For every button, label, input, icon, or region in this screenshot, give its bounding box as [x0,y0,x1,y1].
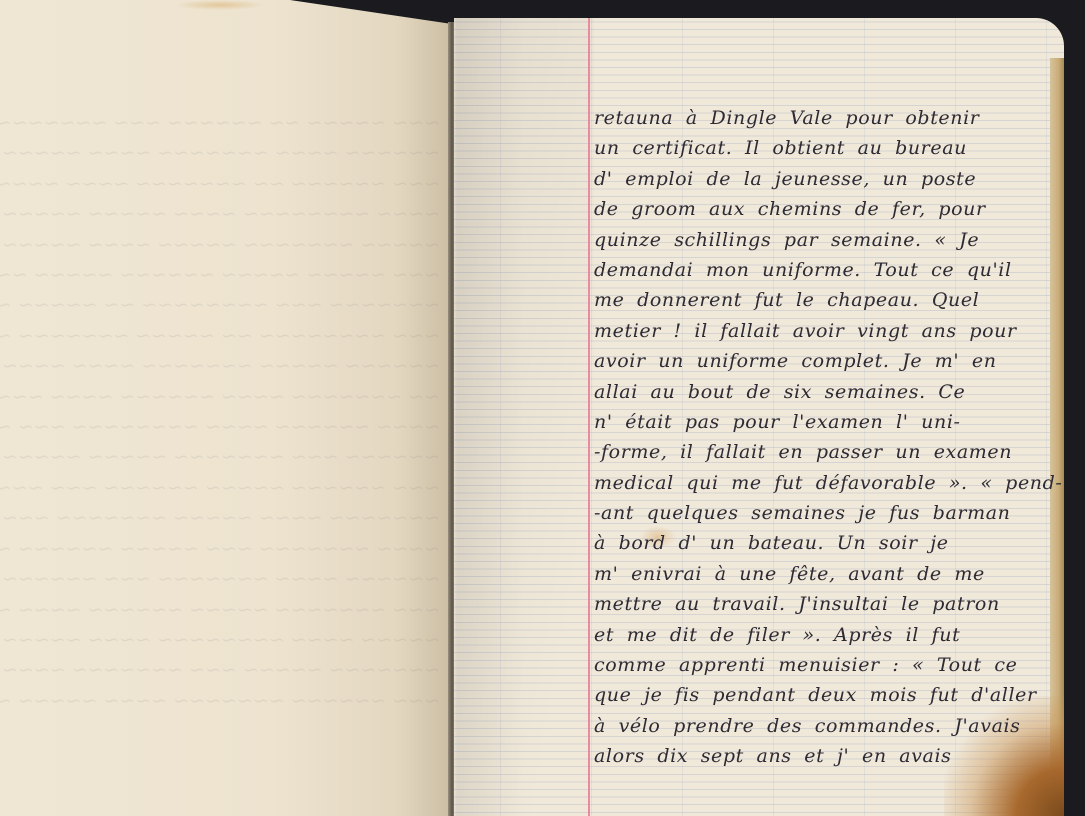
text-line: d' emploi de la jeunesse, un poste [594,164,1054,194]
right-page: retauna à Dingle Vale pour obtenir un ce… [454,18,1064,816]
text-line: me donnerent fut le chapeau. Quel [594,285,1054,315]
text-line: demandai mon uniforme. Tout ce qu'il [594,255,1054,285]
text-line: m' enivrai à une fête, avant de me [594,559,1054,589]
notebook-spread: ~~~ ~~~~~ ~~ ~~~~~~ ~~~ ~~~~~~~ ~~~~ ~~~… [0,0,1085,816]
text-line: et me dit de filer ». Après il fut [594,620,1054,650]
handwritten-text: retauna à Dingle Vale pour obtenir un ce… [594,103,1054,772]
page-curve-shadow [454,18,594,816]
text-line: metier ! il fallait avoir vingt ans pour [594,316,1054,346]
text-line: à vélo prendre des commandes. J'avais [594,711,1054,741]
text-line: quinze schillings par semaine. « Je [594,225,1054,255]
text-line: medical qui me fut défavorable ». « pend… [594,468,1054,498]
text-line: comme apprenti menuisier : « Tout ce [594,650,1054,680]
left-page: ~~~ ~~~~~ ~~ ~~~~~~ ~~~ ~~~~~~~ ~~~~ ~~~… [0,0,452,816]
margin-line [588,18,590,816]
text-line: de groom aux chemins de fer, pour [594,194,1054,224]
bleed-through-text: ~~~ ~~~~~ ~~ ~~~~~~ ~~~ ~~~~~~~ ~~~~ ~~~… [0,108,440,716]
paper-stain [175,0,265,10]
text-line: n' était pas pour l'examen l' uni- [594,407,1054,437]
text-line: -ant quelques semaines je fus barman [594,498,1054,528]
text-line: mettre au travail. J'insultai le patron [594,589,1054,619]
text-line: avoir un uniforme complet. Je m' en [594,346,1054,376]
text-line: allai au bout de six semaines. Ce [594,377,1054,407]
text-line: retauna à Dingle Vale pour obtenir [594,103,1054,133]
text-line: -forme, il fallait en passer un examen [594,437,1054,467]
text-line: un certificat. Il obtient au bureau [594,133,1054,163]
text-line: que je fis pendant deux mois fut d'aller [594,680,1054,710]
text-line: à bord d' un bateau. Un soir je [594,528,1054,558]
text-line: alors dix sept ans et j' en avais [594,741,1054,771]
